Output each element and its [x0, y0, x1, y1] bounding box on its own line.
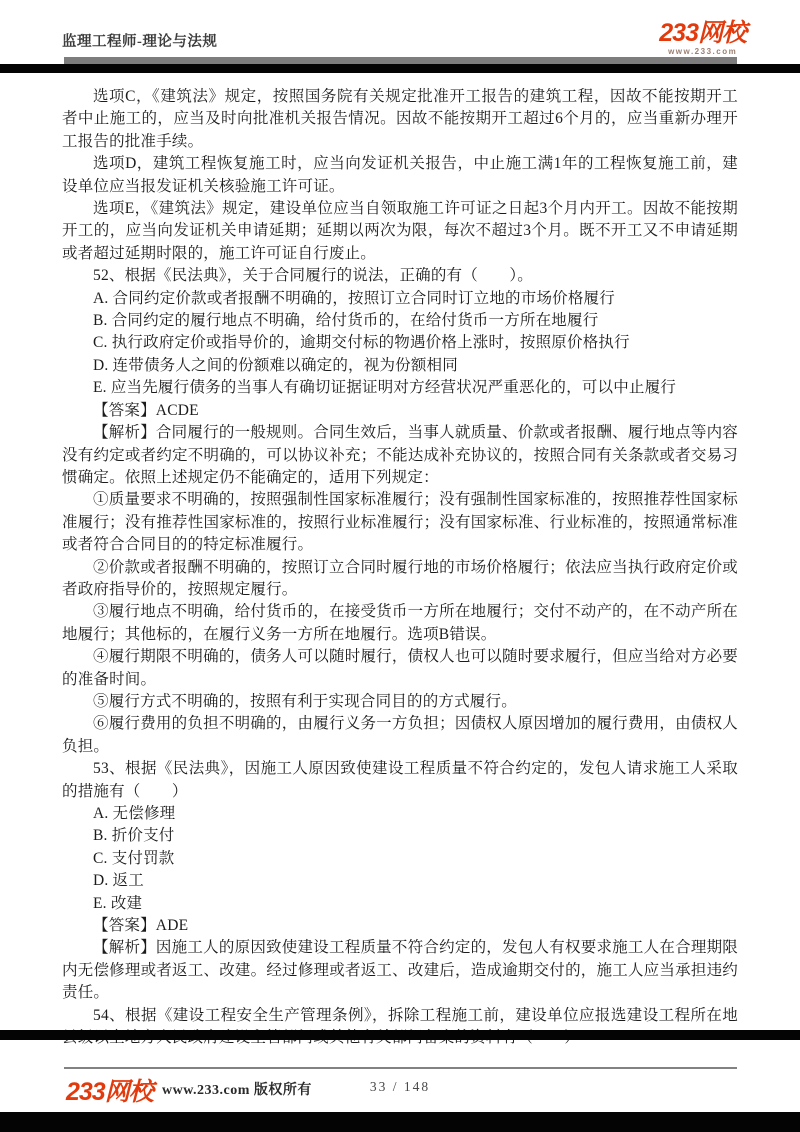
footer-bar-bottom	[0, 1112, 800, 1132]
paragraph: 选项C，《建筑法》规定，按照国务院有关规定批准开工报告的建筑工程，因故不能按期开…	[62, 86, 738, 153]
paragraph: 选项D，建筑工程恢复施工时，应当向发证机关报告，中止施工满1年的工程恢复施工前，…	[62, 153, 738, 198]
paragraph: ⑥履行费用的负担不明确的，由履行义务一方负担；因债权人原因增加的履行费用，由债权…	[62, 713, 738, 758]
brand-logo-text: 233网校	[659, 20, 746, 46]
paragraph: A. 无偿修理	[62, 803, 738, 825]
footer-rule	[64, 1067, 737, 1069]
paragraph: C. 执行政府定价或指导价的，逾期交付标的物遇价格上涨时，按照原价格执行	[62, 332, 738, 354]
paragraph: A. 合同约定价款或者报酬不明确的，按照订立合同时订立地的市场价格履行	[62, 288, 738, 310]
paragraph: E. 改建	[62, 893, 738, 915]
header-rule-black	[0, 64, 800, 73]
paragraph: D. 返工	[62, 870, 738, 892]
paragraph: C. 支付罚款	[62, 848, 738, 870]
paragraph: 选项E，《建筑法》规定，建设单位应当自领取施工许可证之日起3个月内开工。因故不能…	[62, 198, 738, 265]
header-rule-gray	[64, 57, 737, 64]
paragraph: E. 应当先履行债务的当事人有确切证据证明对方经营状况严重恶化的，可以中止履行	[62, 377, 738, 399]
document-body: 选项C，《建筑法》规定，按照国务院有关规定批准开工报告的建筑工程，因故不能按期开…	[62, 86, 738, 1049]
brand-logo-url: www.233.com	[659, 47, 746, 56]
paragraph: ①质量要求不明确的，按照强制性国家标准履行；没有强制性国家标准的，按照推荐性国家…	[62, 489, 738, 556]
document-page: 监理工程师-理论与法规 233网校 www.233.com 选项C，《建筑法》规…	[0, 0, 800, 1132]
header-title: 监理工程师-理论与法规	[62, 30, 217, 51]
paragraph: B. 折价支付	[62, 825, 738, 847]
paragraph: 52、根据《民法典》，关于合同履行的说法，正确的有（ ）。	[62, 265, 738, 287]
paragraph: ④履行期限不明确的，债务人可以随时履行，债权人也可以随时要求履行，但应当给对方必…	[62, 646, 738, 691]
paragraph: ②价款或者报酬不明确的，按照订立合同时履行地的市场价格履行；依法应当执行政府定价…	[62, 557, 738, 602]
paragraph: ⑤履行方式不明确的，按照有利于实现合同目的的方式履行。	[62, 691, 738, 713]
paragraph: 【解析】合同履行的一般规则。合同生效后，当事人就质量、价款或者报酬、履行地点等内…	[62, 422, 738, 489]
paragraph: ③履行地点不明确，给付货币的，在接受货币一方所在地履行；交付不动产的，在不动产所…	[62, 601, 738, 646]
footer-bar-top	[0, 1030, 800, 1040]
paragraph: 【答案】ADE	[62, 915, 738, 937]
paragraph: B. 合同约定的履行地点不明确，给付货币的，在给付货币一方所在地履行	[62, 310, 738, 332]
paragraph: 54、根据《建设工程安全生产管理条例》，拆除工程施工前，建设单位应报选建设工程所…	[62, 1005, 738, 1050]
paragraph: 【解析】因施工人的原因致使建设工程质量不符合约定的，发包人有权要求施工人在合理期…	[62, 937, 738, 1004]
paragraph: 【答案】ACDE	[62, 400, 738, 422]
paragraph: 53、根据《民法典》，因施工人原因致使建设工程质量不符合约定的，发包人请求施工人…	[62, 758, 738, 803]
page-number: 33 / 148	[0, 1079, 800, 1095]
paragraph: D. 连带债务人之间的份额难以确定的，视为份额相同	[62, 355, 738, 377]
brand-logo: 233网校 www.233.com	[659, 20, 746, 56]
